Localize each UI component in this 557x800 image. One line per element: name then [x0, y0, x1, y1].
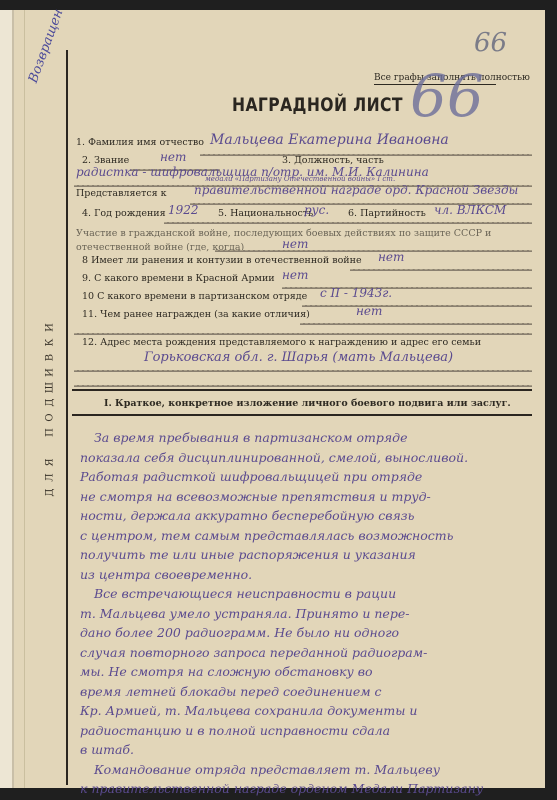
field-label: 11. Чем ранее награжден (за какие отличи…	[82, 309, 310, 320]
document-title: НАГРАДНОЙ ЛИСТ	[232, 94, 403, 116]
page-fold	[0, 10, 14, 788]
narrative-text: За время пребывания в партизанском отряд…	[80, 428, 540, 799]
binding-line	[66, 50, 68, 785]
narrative-line: из центра своевременно.	[80, 565, 540, 585]
section-divider	[72, 389, 532, 391]
field-value: чл. ВЛКСМ	[434, 203, 506, 217]
field-value: с II - 1943г.	[320, 286, 392, 300]
narrative-line: радиостанцию и в полной исправности сдал…	[80, 721, 540, 741]
field-value: нет	[282, 237, 308, 251]
narrative-line: случая повторного запроса переданной рад…	[80, 643, 540, 663]
section-heading: I. Краткое, конкретное изложение личного…	[104, 398, 511, 409]
narrative-line: мы. Не смотря на сложную обстановку во	[80, 662, 540, 682]
narrative-line: к правительственной награде орденом Меда…	[80, 779, 540, 799]
field-value: рус.	[304, 203, 329, 217]
field-label: 10 С какого времени в партизанском отряд…	[82, 291, 307, 302]
narrative-line: дано более 200 радиограмм. Не было ни од…	[80, 623, 540, 643]
field-value: нет	[378, 250, 404, 264]
field-label: 5. Национальность	[218, 208, 313, 219]
page-number-large: 66	[410, 62, 484, 130]
field-full-name: 1. Фамилия имя отчество Мальцева Екатери…	[70, 137, 537, 151]
narrative-line: Кр. Армией, т. Мальцева сохранила докуме…	[80, 701, 540, 721]
narrative-line: ности, держала аккуратно бесперебойную с…	[80, 506, 540, 526]
section-heading-row: I. Краткое, конкретное изложение личного…	[70, 398, 537, 412]
field-value: нет	[356, 304, 382, 318]
field-previous-awards: 11. Чем ранее награжден (за какие отличи…	[70, 309, 537, 323]
field-red-army-since: 9. С какого времени в Красной Армии нет	[70, 273, 537, 287]
page-number-pencil: 66	[474, 28, 507, 58]
field-label: 8 Имеет ли ранения и контузии в отечеств…	[82, 255, 362, 266]
field-partisan-since: 10 С какого времени в партизанском отряд…	[70, 291, 537, 305]
field-label: Представляется к	[76, 188, 167, 199]
narrative-line: т. Мальцева умело устраняла. Принято и п…	[80, 604, 540, 624]
field-presented-to: Представляется к медали «Партизану Отече…	[70, 188, 537, 202]
field-label: 4. Год рождения	[82, 208, 166, 219]
narrative-line: в штаб.	[80, 740, 540, 760]
field-label: 9. С какого времени в Красной Армии	[82, 273, 275, 284]
section-divider	[72, 414, 532, 416]
narrative-line: не смотря на всевозможные препятствия и …	[80, 487, 540, 507]
field-value: нет	[282, 268, 308, 282]
narrative-line: с центром, тем самым представлялась возм…	[80, 526, 540, 546]
field-value: Горьковская обл. г. Шарья (мать Мальцева…	[144, 349, 504, 367]
narrative-line: Командование отряда представляет т. Маль…	[80, 760, 540, 780]
field-label: 12. Адрес места рождения представляемого…	[82, 337, 481, 348]
narrative-line: получить те или иные распоряжения и указ…	[80, 545, 540, 565]
narrative-line: Работая радисткой шифровальщицей при отр…	[80, 467, 540, 487]
narrative-line: За время пребывания в партизанском отряд…	[80, 428, 540, 448]
field-overline-note: медали «Партизану Отечественной войны» I…	[205, 175, 395, 183]
field-value: 1922	[168, 203, 199, 217]
field-wounds: 8 Имеет ли ранения и контузии в отечеств…	[70, 255, 537, 269]
narrative-line: Все встречающиеся неисправности в рации	[80, 584, 540, 604]
field-label: 1. Фамилия имя отчество	[76, 137, 204, 148]
field-value: Мальцева Екатерина Ивановна	[210, 132, 449, 148]
field-label: 6. Партийность	[348, 208, 426, 219]
field-birth-nationality-party: 4. Год рождения 1922 5. Национальность р…	[70, 208, 537, 222]
field-value: правительственной награде орд. Красной З…	[194, 183, 518, 197]
stub-divider	[24, 10, 25, 788]
narrative-line: показала себя дисциплинированной, смелой…	[80, 448, 540, 468]
narrative-line: время летней блокады перед соединением с	[80, 682, 540, 702]
binding-margin-label: ИКВИШДОП ЯЛД	[42, 320, 58, 500]
field-value: нет	[160, 150, 186, 164]
